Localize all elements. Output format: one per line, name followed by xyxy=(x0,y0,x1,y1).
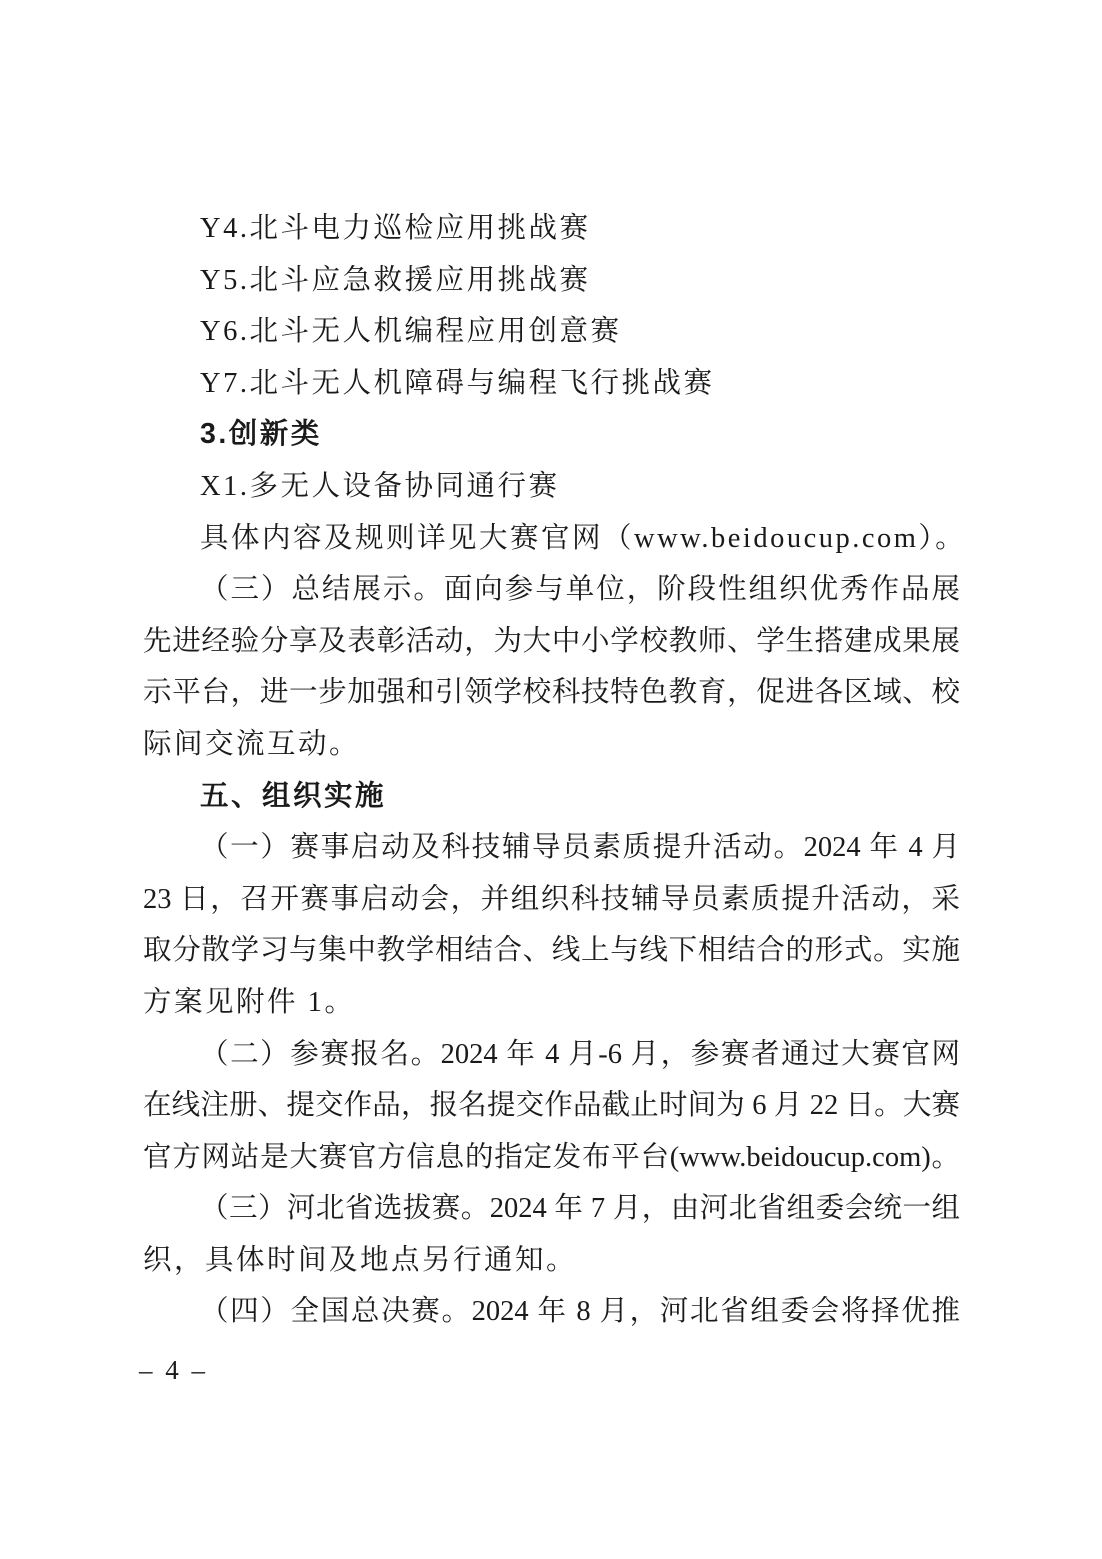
text-line: （三）河北省选拔赛。2024 年 7 月，由河北省组委会统一组 xyxy=(143,1183,960,1235)
text-line: （二）参赛报名。2024 年 4 月-6 月，参赛者通过大赛官网 xyxy=(143,1029,960,1081)
text-line: 在线注册、提交作品，报名提交作品截止时间为 6 月 22 日。大赛 xyxy=(143,1080,960,1132)
text-line: 官方网站是大赛官方信息的指定发布平台(www.beidoucup.com)。 xyxy=(143,1132,960,1184)
text-line: （三）总结展示。面向参与单位，阶段性组织优秀作品展示、 xyxy=(143,564,960,616)
text-line: 织，具体时间及地点另行通知。 xyxy=(143,1235,960,1287)
text-line: Y6.北斗无人机编程应用创意赛 xyxy=(143,306,960,358)
text-line: 具体内容及规则详见大赛官网（www.beidoucup.com）。 xyxy=(143,513,960,565)
text-line: 际间交流互动。 xyxy=(143,719,960,771)
text-line: 方案见附件 1。 xyxy=(143,977,960,1029)
text-line: 示平台，进一步加强和引领学校科技特色教育，促进各区域、校 xyxy=(143,667,960,719)
page-number: – 4 – xyxy=(139,1350,205,1390)
text-line: （四）全国总决赛。2024 年 8 月，河北省组委会将择优推 xyxy=(143,1286,960,1338)
section-heading-line: 五、组织实施 xyxy=(143,771,960,823)
text-line: X1.多无人设备协同通行赛 xyxy=(143,461,960,513)
text-line: 取分散学习与集中教学相结合、线上与线下相结合的形式。实施 xyxy=(143,925,960,977)
text-line: Y5.北斗应急救援应用挑战赛 xyxy=(143,255,960,307)
text-line: Y4.北斗电力巡检应用挑战赛 xyxy=(143,203,960,255)
document-page: Y4.北斗电力巡检应用挑战赛Y5.北斗应急救援应用挑战赛Y6.北斗无人机编程应用… xyxy=(0,0,1102,1559)
text-line: （一）赛事启动及科技辅导员素质提升活动。2024 年 4 月 xyxy=(143,822,960,874)
section-heading-line: 3.创新类 xyxy=(143,409,960,461)
text-line: 23 日，召开赛事启动会，并组织科技辅导员素质提升活动，采 xyxy=(143,874,960,926)
document-body: Y4.北斗电力巡检应用挑战赛Y5.北斗应急救援应用挑战赛Y6.北斗无人机编程应用… xyxy=(143,203,960,1338)
text-line: Y7.北斗无人机障碍与编程飞行挑战赛 xyxy=(143,358,960,410)
text-line: 先进经验分享及表彰活动，为大中小学校教师、学生搭建成果展 xyxy=(143,616,960,668)
